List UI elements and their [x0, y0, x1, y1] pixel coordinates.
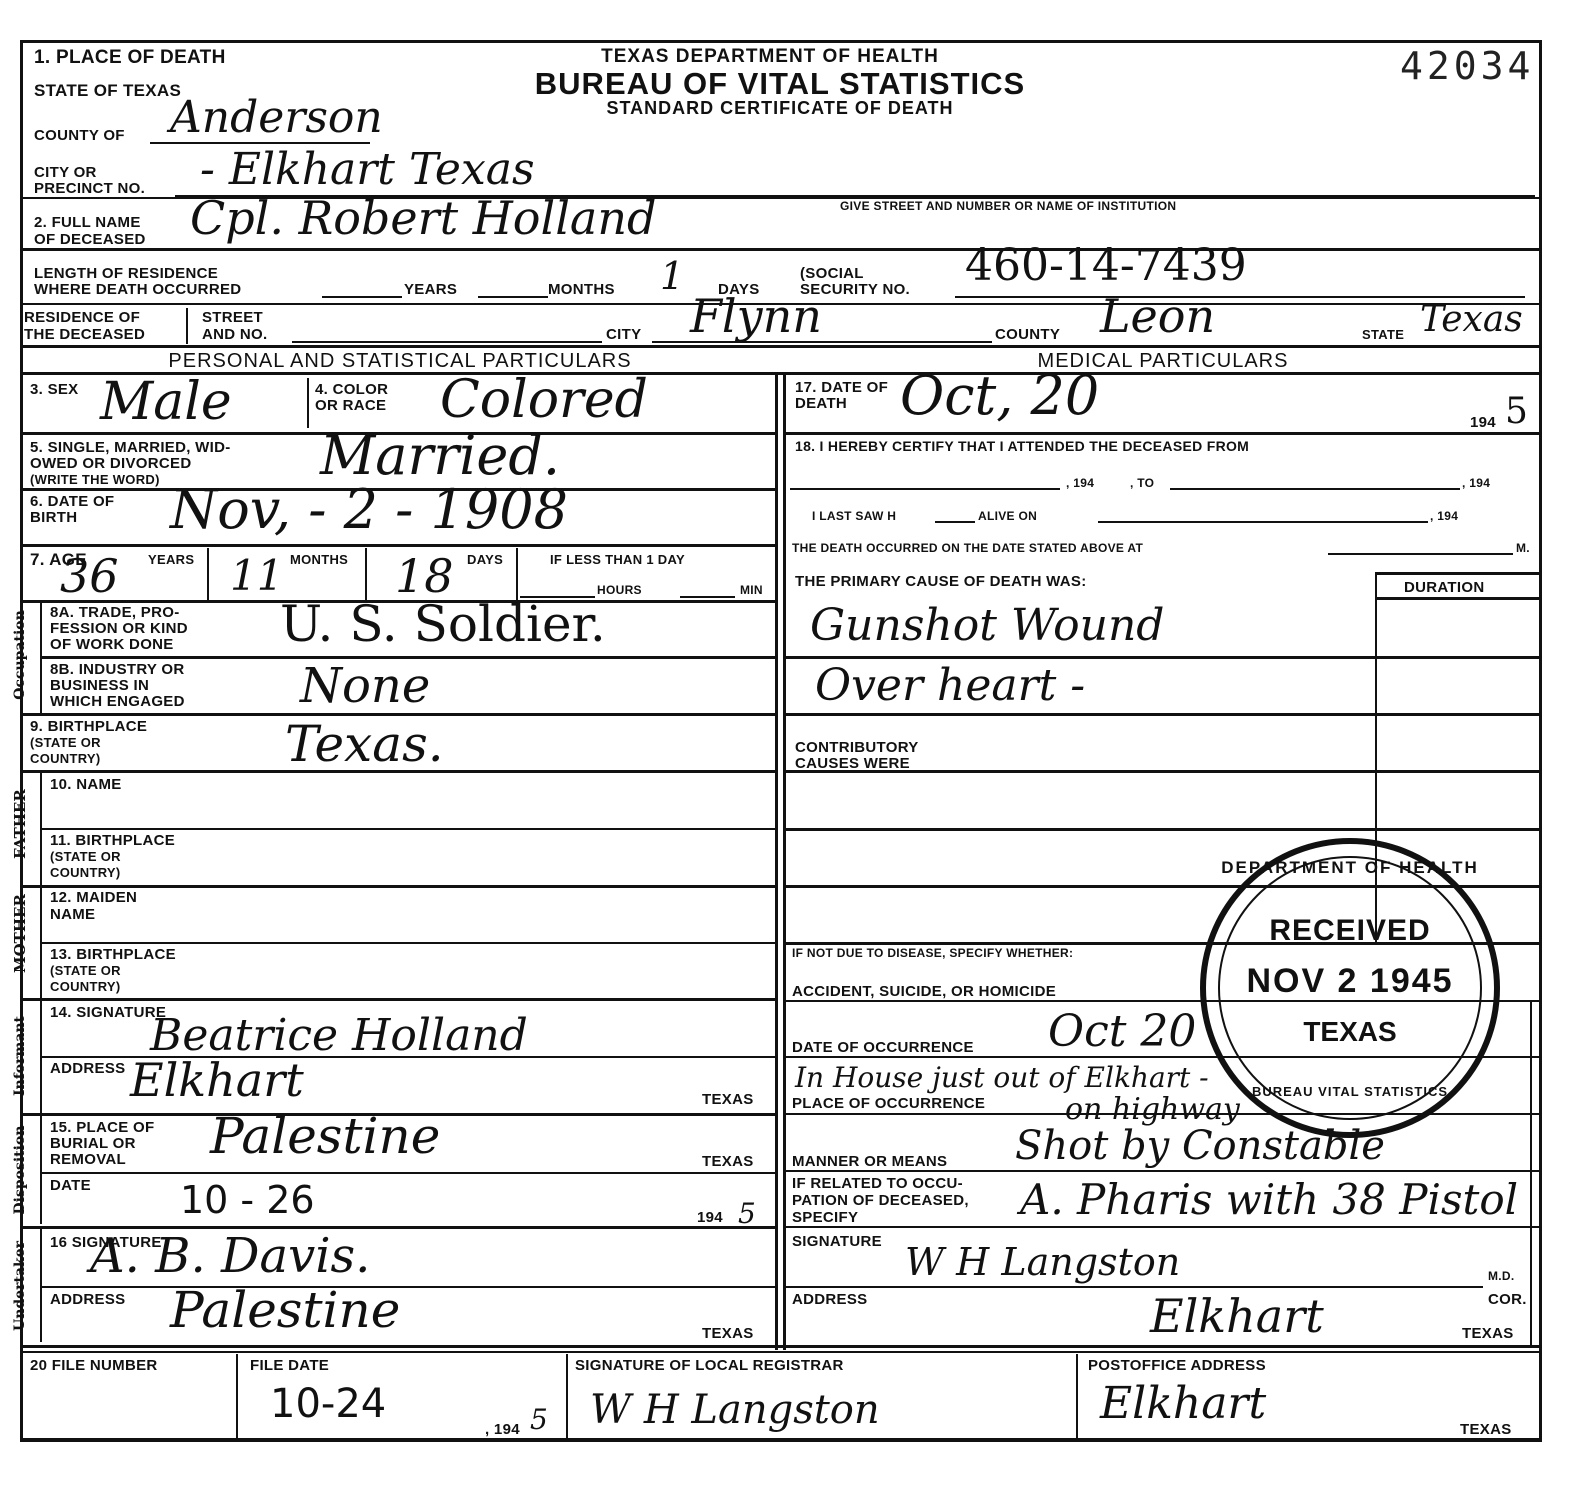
manner-label: MANNER OR MEANS — [792, 1154, 947, 1170]
accident-label: ACCIDENT, SUICIDE, OR HOMICIDE — [792, 984, 1056, 1000]
footer-divider-2 — [566, 1354, 568, 1440]
center-divider-b — [783, 372, 786, 1350]
not-disease-label: IF NOT DUE TO DISEASE, SPECIFY WHETHER: — [792, 947, 1073, 960]
address-label: ADDRESS — [792, 1292, 867, 1308]
age-days-value: 18 — [395, 556, 454, 596]
rule-related — [783, 1226, 1541, 1228]
related-label-2: PATION OF DECEASED, — [792, 1193, 969, 1209]
burial-label-1: 15. PLACE OF — [50, 1120, 154, 1136]
registrar-label: SIGNATURE OF LOCAL REGISTRAR — [575, 1358, 844, 1374]
undertaker-address-label: ADDRESS — [50, 1292, 125, 1308]
father-birthplace-label-1: 11. BIRTHPLACE — [50, 833, 175, 849]
rule-section-bottom — [20, 372, 1542, 375]
residence-state-label: STATE — [1362, 328, 1404, 342]
mother-side-label: MOTHER — [11, 913, 29, 973]
city-value: - Elkhart Texas — [200, 150, 535, 190]
residence-city-value: Flynn — [690, 296, 822, 336]
rule-footer-top — [20, 1345, 1542, 1348]
mother-maiden-label-2: NAME — [50, 907, 95, 923]
full-name-label-1: 2. FULL NAME — [34, 215, 141, 231]
birthplace-value: Texas. — [285, 724, 444, 764]
footer-divider-3 — [1076, 1354, 1078, 1440]
sex-value: Male — [100, 382, 232, 422]
rule-contributory-2 — [783, 828, 1541, 831]
father-side-label: FATHER — [11, 799, 29, 859]
rule-mother-bottom — [20, 998, 775, 1001]
mother-birthplace-label-2: (STATE OR — [50, 964, 121, 978]
rule-dob-bottom — [20, 544, 775, 547]
cause-line-1: Gunshot Wound — [810, 606, 1164, 646]
bureau-heading: BUREAU OF VITAL STATISTICS — [480, 66, 1080, 102]
informant-address-value: Elkhart — [130, 1060, 304, 1100]
alive-on-label: ALIVE ON — [978, 510, 1037, 523]
dept-heading: TEXAS DEPARTMENT OF HEALTH — [540, 46, 1000, 68]
related-label-1: IF RELATED TO OCCU- — [792, 1176, 963, 1192]
rule-maiden-bottom — [40, 942, 775, 944]
physician-texas: TEXAS — [1462, 1326, 1514, 1342]
min-line — [680, 596, 735, 598]
years-label: YEARS — [404, 282, 457, 298]
age-years-label: YEARS — [148, 553, 194, 567]
residence-divider — [186, 308, 188, 344]
rule-father-name-bottom — [40, 828, 775, 830]
related-label-3: SPECIFY — [792, 1210, 858, 1226]
less-than-day-label: IF LESS THAN 1 DAY — [550, 553, 685, 567]
primary-cause-label: THE PRIMARY CAUSE OF DEATH WAS: — [795, 574, 1087, 590]
cor-label: COR. — [1488, 1292, 1527, 1308]
informant-address-label: ADDRESS — [50, 1061, 125, 1077]
physician-signature-value: W H Langston — [905, 1242, 1180, 1282]
rule-section-top — [20, 345, 1542, 348]
personal-section-title: PERSONAL AND STATISTICAL PARTICULARS — [20, 350, 780, 373]
full-name-label-2: OF DECEASED — [34, 232, 146, 248]
sex-race-divider — [307, 378, 309, 428]
rule-father-bottom — [20, 885, 775, 888]
birthplace-label-2: (STATE OR — [30, 736, 101, 750]
industry-label-2: BUSINESS IN — [50, 678, 149, 694]
informant-signature-value: Beatrice Holland — [150, 1016, 528, 1056]
md-label: M.D. — [1488, 1270, 1515, 1283]
stamp-bottom-arc: BUREAU VITAL STATISTICS — [1206, 1084, 1494, 1099]
ssn-line — [955, 296, 1525, 298]
dod-label-2: DEATH — [795, 396, 847, 412]
undertaker-address-value: Palestine — [170, 1290, 400, 1330]
rule-cause-2 — [783, 713, 1541, 716]
marital-label-1: 5. SINGLE, MARRIED, WID- — [30, 440, 231, 456]
stamp-received: RECEIVED — [1206, 914, 1494, 948]
street-label-2: AND NO. — [202, 327, 267, 343]
burial-label-3: REMOVAL — [50, 1152, 126, 1168]
industry-label-3: WHICH ENGAGED — [50, 694, 185, 710]
from-line — [790, 488, 1060, 490]
sex-label: 3. SEX — [30, 382, 79, 398]
burial-date-value: 10 - 26 — [180, 1180, 315, 1220]
birthplace-label-1: 9. BIRTHPLACE — [30, 719, 147, 735]
rule-contributory-1 — [783, 770, 1541, 773]
cause-line-2: Over heart - — [815, 666, 1085, 706]
rule-cause-1 — [783, 656, 1541, 659]
residence-label-1: RESIDENCE OF — [24, 310, 140, 326]
certificate-number: 42034 — [1400, 44, 1534, 88]
burial-label-2: BURIAL OR — [50, 1136, 136, 1152]
residence-label-2: THE DECEASED — [24, 327, 145, 343]
residence-length-label-2: WHERE DEATH OCCURRED — [34, 282, 241, 298]
age-divider-1 — [207, 548, 209, 600]
undertaker-signature-value: A. B. Davis. — [90, 1236, 370, 1276]
postoffice-label: POSTOFFICE ADDRESS — [1088, 1358, 1266, 1374]
related-value: A. Pharis with 38 Pistol — [1020, 1180, 1518, 1220]
full-name-value: Cpl. Robert Holland — [190, 198, 656, 238]
file-date-value: 10-24 — [270, 1384, 386, 1424]
last-saw-label: I LAST SAW H — [812, 510, 896, 523]
undertaker-texas: TEXAS — [702, 1326, 754, 1342]
disposition-side-label: Disposition — [12, 1125, 28, 1215]
months-line — [478, 296, 548, 298]
stamp-top-arc: DEPARTMENT OF HEALTH — [1206, 858, 1494, 878]
residence-county-value: Leon — [1100, 296, 1215, 336]
father-birthplace-label-2: (STATE OR — [50, 850, 121, 864]
signature-label: SIGNATURE — [792, 1234, 882, 1250]
dod-year-suffix: 5 — [1505, 392, 1528, 432]
file-number-label: 20 FILE NUMBER — [30, 1358, 158, 1374]
rule-undertaker-sig-bottom — [40, 1286, 775, 1288]
industry-value: None — [300, 666, 430, 706]
rule-manner — [783, 1170, 1541, 1172]
street-line — [292, 341, 602, 343]
residence-length-label-1: LENGTH OF RESIDENCE — [34, 266, 218, 282]
age-months-label: MONTHS — [290, 553, 348, 567]
min-label: MIN — [740, 584, 763, 597]
form-title: STANDARD CERTIFICATE OF DEATH — [520, 98, 1040, 119]
industry-label-1: 8B. INDUSTRY OR — [50, 662, 185, 678]
dob-label-2: BIRTH — [30, 510, 77, 526]
disposition-side-rule — [40, 1116, 42, 1224]
duration-box-top — [1375, 572, 1541, 575]
father-name-label: 10. NAME — [50, 777, 122, 793]
place-of-death-label: 1. PLACE OF DEATH — [34, 48, 226, 68]
age-years-value: 36 — [60, 556, 119, 596]
right-inner-rule — [1530, 1000, 1532, 1345]
dod-year: 194 — [1470, 415, 1496, 431]
dob-value: Nov, - 2 - 1908 — [170, 490, 568, 530]
birthplace-label-3: COUNTRY) — [30, 752, 101, 766]
trade-label-2: FESSION OR KIND — [50, 621, 188, 637]
certify-label: 18. I HEREBY CERTIFY THAT I ATTENDED THE… — [795, 438, 1249, 454]
occurrence-date-value: Oct 20 — [1048, 1012, 1196, 1052]
dob-label-1: 6. DATE OF — [30, 494, 114, 510]
rule-signature — [783, 1286, 1483, 1288]
burial-date-label: DATE — [50, 1178, 91, 1194]
county-value: Anderson — [170, 98, 383, 138]
trade-label-1: 8A. TRADE, PRO- — [50, 605, 180, 621]
last-saw-year: , 194 — [1430, 510, 1458, 523]
last-saw-line — [935, 521, 975, 523]
to-line — [1170, 488, 1460, 490]
informant-texas: TEXAS — [702, 1092, 754, 1108]
place-occurrence-label: PLACE OF OCCURRENCE — [792, 1096, 985, 1112]
undertaker-side-label: Undertaker — [12, 1241, 28, 1331]
age-months-value: 11 — [230, 556, 283, 596]
age-days-label: DAYS — [467, 553, 503, 567]
city-label-1: CITY OR — [34, 165, 97, 181]
frame-bottom — [20, 1438, 1542, 1442]
registrar-value: W H Langston — [590, 1390, 880, 1430]
from-year: , 194 — [1066, 477, 1094, 490]
trade-value: U. S. Soldier. — [280, 604, 606, 644]
months-label: MONTHS — [548, 282, 615, 298]
rule-burial-bottom — [40, 1172, 775, 1174]
stamp-state: TEXAS — [1206, 1016, 1494, 1048]
rule-birthplace-bottom — [20, 770, 775, 773]
rule-name-bottom — [20, 248, 1542, 251]
file-date-label: FILE DATE — [250, 1358, 329, 1374]
race-label-1: 4. COLOR — [315, 382, 388, 398]
occurred-at-line — [1328, 553, 1513, 555]
rule-dod-bottom — [783, 432, 1541, 435]
mother-birthplace-label-1: 13. BIRTHPLACE — [50, 947, 176, 963]
informant-side-label: Informant — [12, 1016, 28, 1096]
burial-texas: TEXAS — [702, 1154, 754, 1170]
marital-label-2: OWED OR DIVORCED — [30, 456, 191, 472]
residence-county-label: COUNTY — [995, 327, 1060, 343]
marital-value: Married. — [320, 436, 560, 476]
file-year: , 194 — [485, 1422, 520, 1438]
ssn-value: 460-14-7439 — [965, 246, 1247, 286]
county-label: COUNTY OF — [34, 128, 125, 144]
race-label-2: OR RACE — [315, 398, 386, 414]
postoffice-texas: TEXAS — [1460, 1422, 1512, 1438]
stamp-date: NOV 2 1945 — [1206, 962, 1494, 1001]
trade-label-3: OF WORK DONE — [50, 637, 174, 653]
institution-hint: GIVE STREET AND NUMBER OR NAME OF INSTIT… — [840, 200, 1176, 213]
city-label-2: PRECINCT NO. — [34, 181, 145, 197]
rule-footer-top-2 — [20, 1351, 1542, 1353]
frame-top — [20, 40, 1542, 43]
residence-months-value: 1 — [660, 256, 684, 296]
dod-value: Oct, 20 — [900, 376, 1099, 416]
contributory-label-1: CONTRIBUTORY — [795, 740, 919, 756]
occurrence-date-label: DATE OF OCCURRENCE — [792, 1040, 974, 1056]
years-line — [322, 296, 402, 298]
physician-address-value: Elkhart — [1150, 1296, 1324, 1336]
age-divider-3 — [516, 548, 518, 600]
state-label: STATE OF TEXAS — [34, 82, 181, 100]
center-divider-a — [775, 372, 778, 1350]
footer-divider-1 — [236, 1354, 238, 1440]
age-divider-2 — [365, 548, 367, 600]
occupation-side-label: Occupation — [12, 610, 28, 700]
father-birthplace-label-3: COUNTRY) — [50, 866, 121, 880]
residence-city-label: CITY — [606, 327, 641, 343]
ssn-label-1: (SOCIAL — [800, 266, 864, 282]
m-label: M. — [1516, 542, 1530, 555]
file-year-suffix: 5 — [530, 1400, 548, 1440]
postoffice-value: Elkhart — [1100, 1384, 1266, 1424]
burial-value: Palestine — [210, 1116, 440, 1156]
mother-birthplace-label-3: COUNTRY) — [50, 980, 121, 994]
to-year: , 194 — [1462, 477, 1490, 490]
residence-state-value: Texas — [1420, 300, 1523, 340]
duration-header-bottom — [1375, 597, 1541, 600]
dod-label-1: 17. DATE OF — [795, 380, 888, 396]
to-label: , TO — [1130, 477, 1154, 490]
marital-label-3: (WRITE THE WORD) — [30, 473, 160, 487]
informant-signature-label: 14. SIGNATURE — [50, 1005, 166, 1021]
race-value: Colored — [440, 380, 648, 420]
street-label-1: STREET — [202, 310, 263, 326]
received-stamp: DEPARTMENT OF HEALTH RECEIVED NOV 2 1945… — [1200, 838, 1500, 1138]
occurred-at-label: THE DEATH OCCURRED ON THE DATE STATED AB… — [792, 542, 1143, 555]
burial-year: 194 — [697, 1210, 723, 1226]
alive-on-line — [1098, 521, 1428, 523]
mother-maiden-label-1: 12. MAIDEN — [50, 890, 137, 906]
duration-label: DURATION — [1404, 580, 1484, 596]
